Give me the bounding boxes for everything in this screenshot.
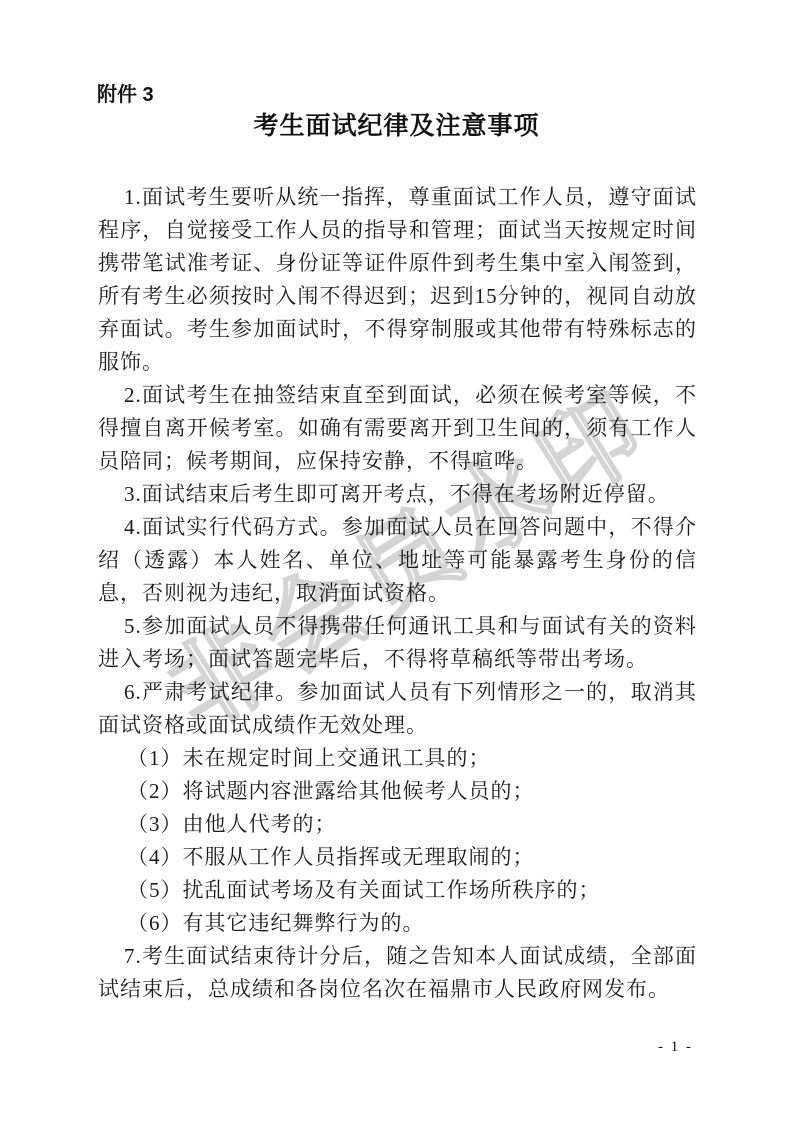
paragraph-1: 1.面试考生要听从统一指挥，尊重面试工作人员，遵守面试程序，自觉接受工作人员的指…	[98, 181, 697, 379]
page-title: 考生面试纪律及注意事项	[0, 106, 793, 142]
document-page: 非会员水印 附件 3 考生面试纪律及注意事项 1.面试考生要听从统一指挥，尊重面…	[0, 0, 793, 1122]
paragraph-3: 3.面试结束后考生即可离开考点，不得在考场附近停留。	[98, 478, 697, 511]
paragraph-7: 7.考生面试结束待计分后，随之告知本人面试成绩，全部面试结束后，总成绩和各岗位名…	[98, 940, 697, 1006]
document-body: 1.面试考生要听从统一指挥，尊重面试工作人员，遵守面试程序，自觉接受工作人员的指…	[98, 181, 697, 1006]
attachment-label: 附件 3	[97, 78, 154, 107]
list-item-4: （4）不服从工作人员指挥或无理取闹的；	[98, 841, 697, 874]
paragraph-5: 5.参加面试人员不得携带任何通讯工具和与面试有关的资料进入考场；面试答题完毕后，…	[98, 610, 697, 676]
list-item-5: （5）扰乱面试考场及有关面试工作场所秩序的；	[98, 874, 697, 907]
list-item-2: （2）将试题内容泄露给其他候考人员的；	[98, 775, 697, 808]
list-item-3: （3）由他人代考的；	[98, 808, 697, 841]
list-item-1: （1）未在规定时间上交通讯工具的；	[98, 742, 697, 775]
list-item-6: （6）有其它违纪舞弊行为的。	[98, 907, 697, 940]
paragraph-2: 2.面试考生在抽签结束直至到面试，必须在候考室等候，不得擅自离开候考室。如确有需…	[98, 379, 697, 478]
paragraph-6: 6.严肃考试纪律。参加面试人员有下列情形之一的，取消其面试资格或面试成绩作无效处…	[98, 676, 697, 742]
paragraph-4: 4.面试实行代码方式。参加面试人员在回答问题中，不得介绍（透露）本人姓名、单位、…	[98, 511, 697, 610]
page-number: - 1 -	[658, 1039, 693, 1056]
